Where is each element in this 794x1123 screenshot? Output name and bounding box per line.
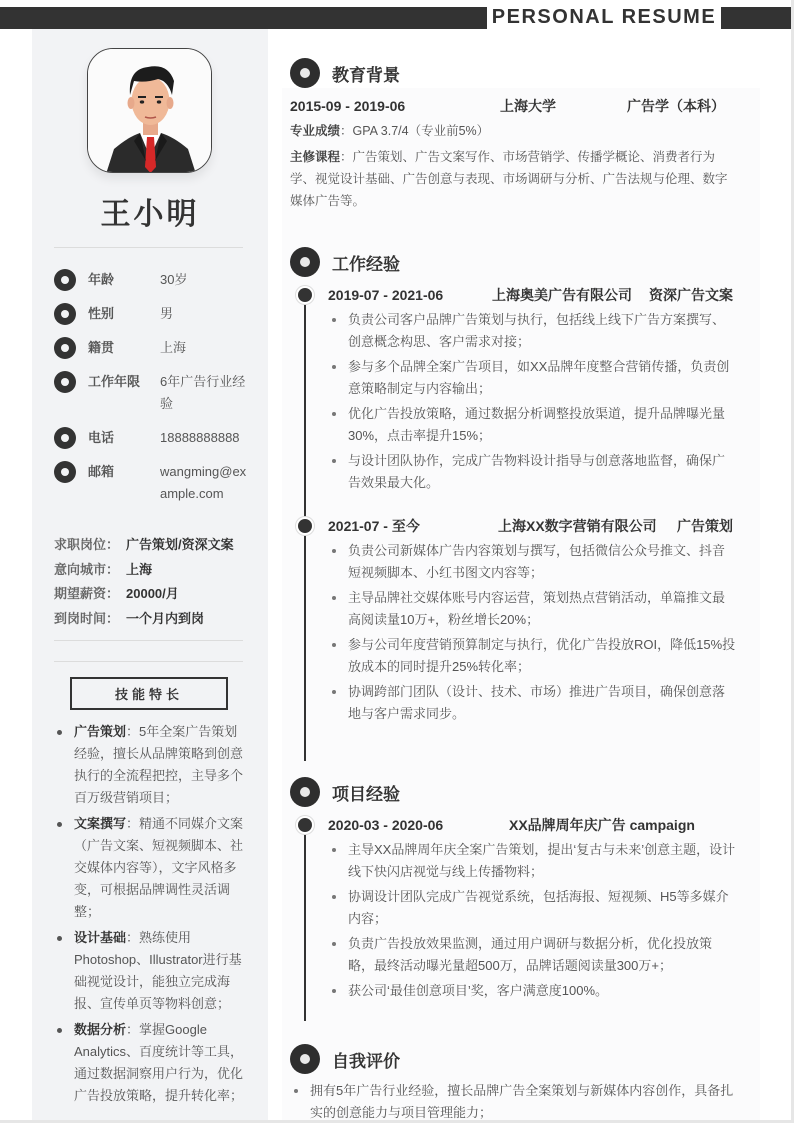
- bullet-item: 主导品牌社交媒体账号内容运营，策划热点营销活动，单篇推文最高阅读量10万+，粉丝…: [328, 587, 736, 631]
- separator: ：: [126, 1022, 139, 1037]
- bullet-item: 主导XX品牌周年庆全案广告策划，提出‘复古与未来’创意主题，设计线下快闪店视觉与…: [328, 839, 736, 883]
- info-row-email: 邮箱 wangming@example.com: [54, 461, 254, 505]
- info-value[interactable]: 18888888888: [160, 427, 252, 449]
- bullet-item: 协调跨部门团队（设计、技术、市场）推进广告项目，确保创意落地与客户需求同步。: [328, 681, 736, 725]
- section-title: 教育背景: [332, 61, 400, 86]
- skill-item: 数据分析：掌握Google Analytics、百度统计等工具，通过数据洞察用户…: [54, 1019, 246, 1107]
- project-entry: 2020-03 - 2020-06 XX品牌周年庆广告 campaign 主导X…: [290, 815, 760, 1002]
- education-period: 2015-09 - 2019-06: [290, 96, 500, 116]
- skills-title: 技能特长: [70, 677, 228, 710]
- info-label: 性别: [88, 303, 160, 325]
- work-role: 广告策划: [677, 516, 733, 536]
- bullet-item: 负责广告投放效果监测，通过用户调研与数据分析，优化投放策略，最终活动曝光量超50…: [328, 933, 736, 977]
- skill-name: 广告策划: [74, 724, 126, 739]
- divider: [54, 640, 243, 641]
- section-header: 自我评价: [290, 1044, 760, 1074]
- bullet-item: 负责公司客户品牌广告策划与执行，包括线上线下广告方案撰写、创意概念构思、客户需求…: [328, 309, 736, 353]
- work-period: 2019-07 - 2021-06: [328, 285, 492, 305]
- skill-name: 数据分析: [74, 1022, 126, 1037]
- job-intent-label: 意向城市：: [54, 558, 126, 583]
- profile-name: 王小明: [32, 189, 268, 233]
- info-value: 上海: [160, 337, 252, 359]
- section-education: 教育背景 2015-09 - 2019-06 上海大学 广告学（本科） 专业成绩…: [290, 58, 760, 212]
- info-row-gender: 性别 男: [54, 303, 254, 325]
- gpa-label: 专业成绩: [290, 124, 340, 138]
- skill-desc: 精通不同媒介文案（广告文案、短视频脚本、社交媒体内容等），文字风格多变，可根据品…: [74, 816, 243, 919]
- education-school: 上海大学: [500, 96, 627, 116]
- job-intent-value: 上海: [126, 558, 152, 583]
- info-row-hometown: 籍贯 上海: [54, 337, 254, 359]
- bullet-item: 拥有5年广告行业经验，擅长品牌广告全案策划与新媒体内容创作，具备扎实的创意能力与…: [290, 1080, 735, 1123]
- separator: ：: [126, 816, 139, 831]
- education-row: 2015-09 - 2019-06 上海大学 广告学（本科）: [290, 96, 760, 116]
- timeline-dot-icon: [298, 288, 312, 302]
- info-value: 30岁: [160, 269, 252, 291]
- section-self-evaluation: 自我评价 拥有5年广告行业经验，擅长品牌广告全案策划与新媒体内容创作，具备扎实的…: [290, 1044, 760, 1123]
- info-label: 电话: [88, 427, 160, 449]
- bullet-item: 获公司‘最佳创意项目’奖，客户满意度100%。: [328, 980, 736, 1002]
- personal-info-list: 年龄 30岁 性别 男 籍贯 上海 工作年限 6年广告行业经验 电话 18888…: [54, 269, 254, 517]
- job-intent-row: 到岗时间： 一个月内到岗: [54, 607, 254, 632]
- work-entry-header: 2019-07 - 2021-06 上海奥美广告有限公司 资深广告文案: [328, 285, 760, 305]
- project-name: XX品牌周年庆广告 campaign: [509, 815, 695, 835]
- work-role: 资深广告文案: [649, 285, 733, 305]
- info-label: 籍贯: [88, 337, 160, 359]
- info-row-phone: 电话 18888888888: [54, 427, 254, 449]
- project-entry-header: 2020-03 - 2020-06 XX品牌周年庆广告 campaign: [328, 815, 760, 835]
- ring-bullet-icon: [54, 269, 76, 291]
- bullet-item: 协调设计团队完成广告视觉系统，包括海报、短视频、H5等多媒介内容；: [328, 886, 736, 930]
- skill-name: 设计基础: [74, 930, 126, 945]
- work-entry: 2021-07 - 至今 上海XX数字营销有限公司 广告策划 负责公司新媒体广告…: [290, 516, 760, 725]
- ring-bullet-icon: [54, 337, 76, 359]
- divider: [54, 661, 243, 662]
- gpa-value: ：GPA 3.7/4（专业前5%）: [340, 124, 489, 138]
- separator: ：: [126, 724, 139, 739]
- skill-item: 广告策划：5年全案广告策划经验，擅长从品牌策略到创意执行的全流程把控，主导多个百…: [54, 721, 246, 809]
- section-header: 教育背景: [290, 58, 760, 88]
- courses-value: ：广告策划、广告文案写作、市场营销学、传播学概论、消费者行为学、视觉设计基础、广…: [290, 150, 728, 208]
- section-header: 项目经验: [290, 777, 760, 807]
- project-period: 2020-03 - 2020-06: [328, 815, 509, 835]
- separator: ：: [126, 930, 139, 945]
- education-major: 广告学（本科）: [627, 96, 725, 116]
- section-work: 工作经验 2019-07 - 2021-06 上海奥美广告有限公司 资深广告文案…: [290, 247, 760, 728]
- ring-bullet-icon: [54, 461, 76, 483]
- job-intent-row: 意向城市： 上海: [54, 558, 254, 583]
- ring-bullet-icon: [54, 427, 76, 449]
- work-company: 上海奥美广告有限公司: [492, 285, 649, 305]
- info-value[interactable]: wangming@example.com: [160, 461, 252, 505]
- work-company: 上海XX数字营销有限公司: [498, 516, 677, 536]
- courses-label: 主修课程: [290, 150, 340, 164]
- job-intent-label: 到岗时间：: [54, 607, 126, 632]
- timeline-dot-icon: [298, 818, 312, 832]
- work-entry: 2019-07 - 2021-06 上海奥美广告有限公司 资深广告文案 负责公司…: [290, 285, 760, 494]
- skill-item: 设计基础：熟练使用Photoshop、Illustrator进行基础视觉设计，能…: [54, 927, 246, 1015]
- ring-bullet-icon: [54, 303, 76, 325]
- section-ring-icon: [290, 777, 320, 807]
- work-bullets: 负责公司客户品牌广告策划与执行，包括线上线下广告方案撰写、创意概念构思、客户需求…: [328, 309, 736, 494]
- education-gpa: 专业成绩：GPA 3.7/4（专业前5%）: [290, 120, 760, 142]
- section-ring-icon: [290, 58, 320, 88]
- info-value: 6年广告行业经验: [160, 371, 252, 415]
- section-header: 工作经验: [290, 247, 760, 277]
- skill-name: 文案撰写: [74, 816, 126, 831]
- info-value: 男: [160, 303, 252, 325]
- education-courses: 主修课程：广告策划、广告文案写作、市场营销学、传播学概论、消费者行为学、视觉设计…: [290, 146, 735, 212]
- bullet-item: 参与多个品牌全案广告项目，如XX品牌年度整合营销传播，负责创意策略制定与内容输出…: [328, 356, 736, 400]
- info-row-age: 年龄 30岁: [54, 269, 254, 291]
- page-title: PERSONAL RESUME: [487, 2, 721, 32]
- section-ring-icon: [290, 1044, 320, 1074]
- skill-item: 文案撰写：精通不同媒介文案（广告文案、短视频脚本、社交媒体内容等），文字风格多变…: [54, 813, 246, 923]
- avatar-illustration-icon: [88, 49, 212, 173]
- job-intent-value: 一个月内到岗: [126, 607, 204, 632]
- info-label: 工作年限: [88, 371, 160, 393]
- work-period: 2021-07 - 至今: [328, 516, 498, 536]
- job-intent-label: 求职岗位：: [54, 533, 126, 558]
- info-label: 年龄: [88, 269, 160, 291]
- section-title: 自我评价: [332, 1047, 400, 1072]
- section-ring-icon: [290, 247, 320, 277]
- info-row-experience: 工作年限 6年广告行业经验: [54, 371, 254, 415]
- skills-list: 广告策划：5年全案广告策划经验，擅长从品牌策略到创意执行的全流程把控，主导多个百…: [54, 721, 246, 1111]
- self-eval-bullets: 拥有5年广告行业经验，擅长品牌广告全案策划与新媒体内容创作，具备扎实的创意能力与…: [290, 1080, 735, 1123]
- work-entry-header: 2021-07 - 至今 上海XX数字营销有限公司 广告策划: [328, 516, 760, 536]
- project-bullets: 主导XX品牌周年庆全案广告策划，提出‘复古与未来’创意主题，设计线下快闪店视觉与…: [328, 839, 736, 1002]
- info-label: 邮箱: [88, 461, 160, 483]
- job-intent-label: 期望薪资：: [54, 582, 126, 607]
- section-title: 工作经验: [332, 250, 400, 275]
- divider: [54, 247, 243, 248]
- job-intent-row: 求职岗位： 广告策划/资深文案: [54, 533, 254, 558]
- avatar: [87, 48, 212, 173]
- job-intent-value: 广告策划/资深文案: [126, 533, 234, 558]
- sidebar: 王小明 年龄 30岁 性别 男 籍贯 上海 工作年限 6年广告行业经验 电话 1…: [32, 29, 268, 1123]
- bullet-item: 优化广告投放策略，通过数据分析调整投放渠道，提升品牌曝光量30%，点击率提升15…: [328, 403, 736, 447]
- section-title: 项目经验: [332, 780, 400, 805]
- job-intent-row: 期望薪资： 20000/月: [54, 582, 254, 607]
- section-projects: 项目经验 2020-03 - 2020-06 XX品牌周年庆广告 campaig…: [290, 777, 760, 1005]
- work-bullets: 负责公司新媒体广告内容策划与撰写，包括微信公众号推文、抖音短视频脚本、小红书图文…: [328, 540, 736, 725]
- bullet-item: 参与公司年度营销预算制定与执行，优化广告投放ROI，降低15%投放成本的同时提升…: [328, 634, 736, 678]
- bullet-item: 与设计团队协作，完成广告物料设计指导与创意落地监督，确保广告效果最大化。: [328, 450, 736, 494]
- timeline-dot-icon: [298, 519, 312, 533]
- job-intent-value: 20000/月: [126, 582, 179, 607]
- ring-bullet-icon: [54, 371, 76, 393]
- job-intent-list: 求职岗位： 广告策划/资深文案 意向城市： 上海 期望薪资： 20000/月 到…: [54, 533, 254, 631]
- bullet-item: 负责公司新媒体广告内容策划与撰写，包括微信公众号推文、抖音短视频脚本、小红书图文…: [328, 540, 736, 584]
